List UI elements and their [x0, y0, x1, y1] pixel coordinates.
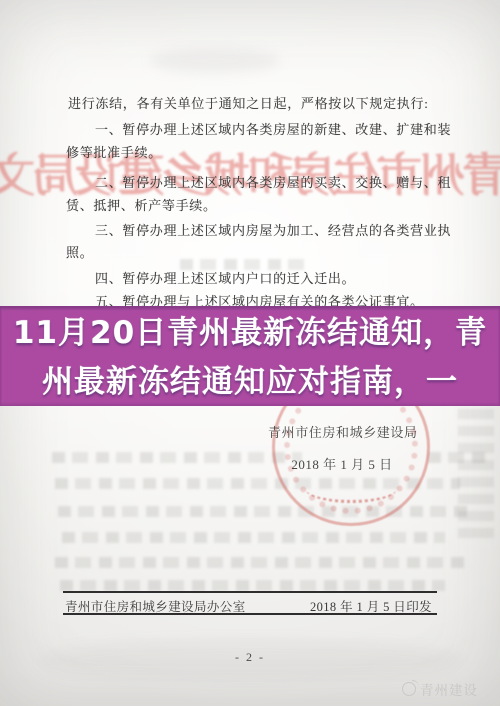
banner-title-line-1: 11月20日青州最新冻结通知，青 [0, 317, 500, 350]
footer-office-name: 青州市住房和城乡建设局办公室 [65, 597, 246, 615]
document-text-line: 照。 [66, 246, 93, 259]
bleedthrough-text-row [55, 557, 467, 568]
bleedthrough-text-row [52, 452, 302, 463]
bleedthrough-text-column [458, 388, 494, 538]
footer-rule-top [63, 591, 437, 593]
site-watermark: 青州建设 [402, 679, 478, 699]
paper-smudge [150, 48, 280, 74]
document-text-line: 修等批准手续。 [66, 146, 162, 159]
bleedthrough-text-row [60, 580, 445, 591]
banner-title-line-2: 州最新冻结通知应对指南，一 [0, 366, 500, 399]
title-banner: 11月20日青州最新冻结通知，青 州最新冻结通知应对指南，一 [0, 306, 500, 406]
signature-block: 青州市住房和城乡建设局 2018 年 1 月 5 日 [268, 422, 416, 473]
document-text-line: 三、暂停办理上述区域内房屋为加工、经营点的各类营业执 [95, 224, 451, 237]
page-number: - 2 - [0, 650, 500, 665]
bleedthrough-text-row [62, 532, 445, 543]
footer-print-date: 2018 年 1 月 5 日印发 [310, 597, 432, 615]
document-photo: 青州市住房和城乡建设局文件 进行冻结，各有关单位于通知之日起，严格按以下规定执行… [0, 0, 500, 706]
document-text-line: 一、暂停办理上述区域内各类房屋的新建、改建、扩建和装 [95, 123, 451, 136]
document-text-line: 四、暂停办理上述区域内户口的迁入迁出。 [95, 272, 355, 285]
seal-number-arc [305, 474, 397, 503]
site-watermark-label: 青州建设 [420, 679, 478, 699]
issue-date: 2018 年 1 月 5 日 [268, 454, 416, 473]
issuer-name: 青州市住房和城乡建设局 [268, 422, 416, 441]
document-text-line: 赁、抵押、析产等手续。 [66, 199, 217, 212]
bleedthrough-text-row [180, 259, 310, 270]
bleedthrough-text-row [58, 506, 470, 517]
qingzhou-logo-icon [402, 682, 416, 696]
document-text-line: 二、暂停办理上述区域内各类房屋的买卖、交换、赠与、租 [95, 176, 451, 189]
document-text-line: 进行冻结，各有关单位于通知之日起，严格按以下规定执行: [68, 97, 429, 110]
